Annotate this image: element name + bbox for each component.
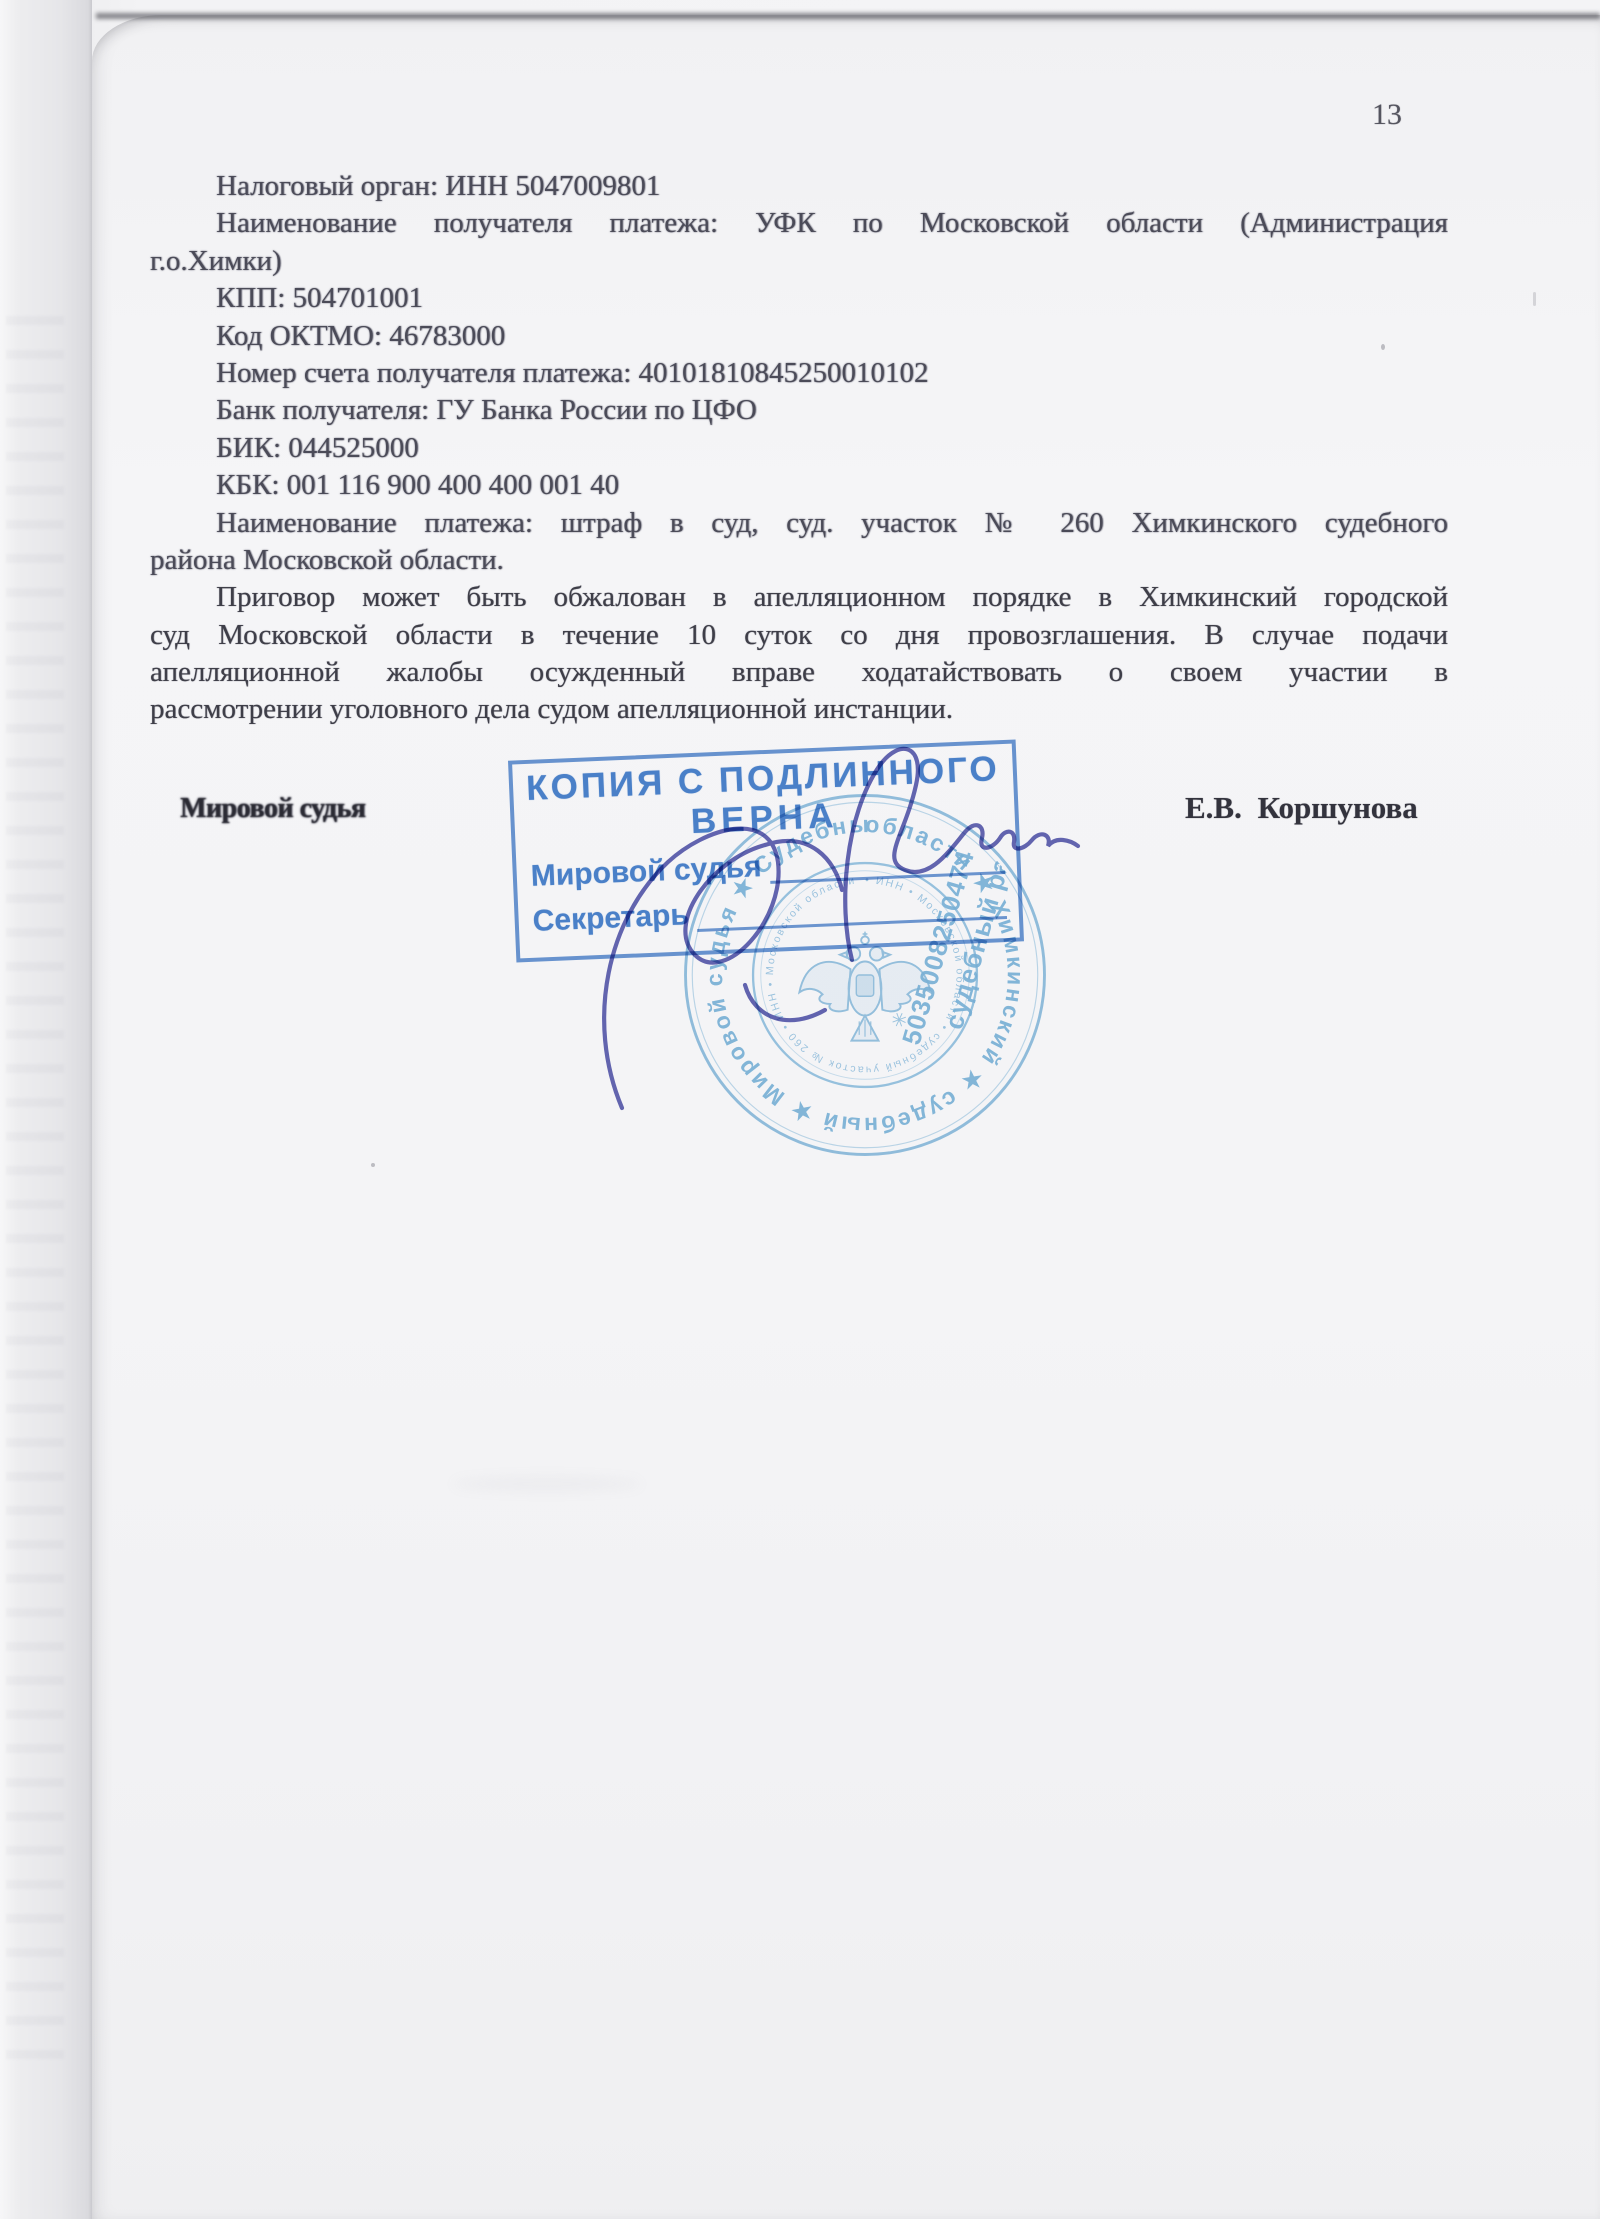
scan-artifact	[452, 1476, 642, 1492]
scan-top-edge	[96, 13, 1600, 19]
text-line: суд Московской области в течение 10 суто…	[150, 617, 1448, 654]
text-line: Наименование получателя платежа: УФК по …	[150, 205, 1448, 242]
bleed-through-texture	[6, 300, 64, 2080]
scan-artifact	[1533, 292, 1536, 306]
document-body: Налоговый орган: ИНН 5047009801 Наименов…	[150, 168, 1448, 729]
text-line: КБК: 001 116 900 400 400 001 40	[150, 467, 1448, 504]
text-line: Номер счета получателя платежа: 40101810…	[150, 355, 1448, 392]
text-line: Наименование платежа: штраф в суд, суд. …	[150, 505, 1448, 542]
scan-artifact	[1381, 344, 1385, 350]
signature-ink-icon	[540, 690, 1240, 1150]
scanned-court-document-page: 13 Налоговый орган: ИНН 5047009801 Наиме…	[0, 0, 1600, 2219]
text-line: КПП: 504701001	[150, 280, 1448, 317]
page-number: 13	[1372, 98, 1402, 132]
handwritten-signature	[540, 690, 1240, 1150]
page-edge-strip	[0, 0, 92, 2219]
text-line: г.о.Химки)	[150, 243, 1448, 280]
scan-artifact	[371, 1163, 375, 1167]
text-line: Код ОКТМО: 46783000	[150, 318, 1448, 355]
text-line: Приговор может быть обжалован в апелляци…	[150, 579, 1448, 616]
text-line: Налоговый орган: ИНН 5047009801	[150, 168, 1448, 205]
text-line: БИК: 044525000	[150, 430, 1448, 467]
text-line: апелляционной жалобы осужденный вправе х…	[150, 654, 1448, 691]
judge-title-label: Мировой судья	[180, 793, 365, 825]
text-line: Банк получателя: ГУ Банка России по ЦФО	[150, 392, 1448, 429]
text-line: района Московской области.	[150, 542, 1448, 579]
